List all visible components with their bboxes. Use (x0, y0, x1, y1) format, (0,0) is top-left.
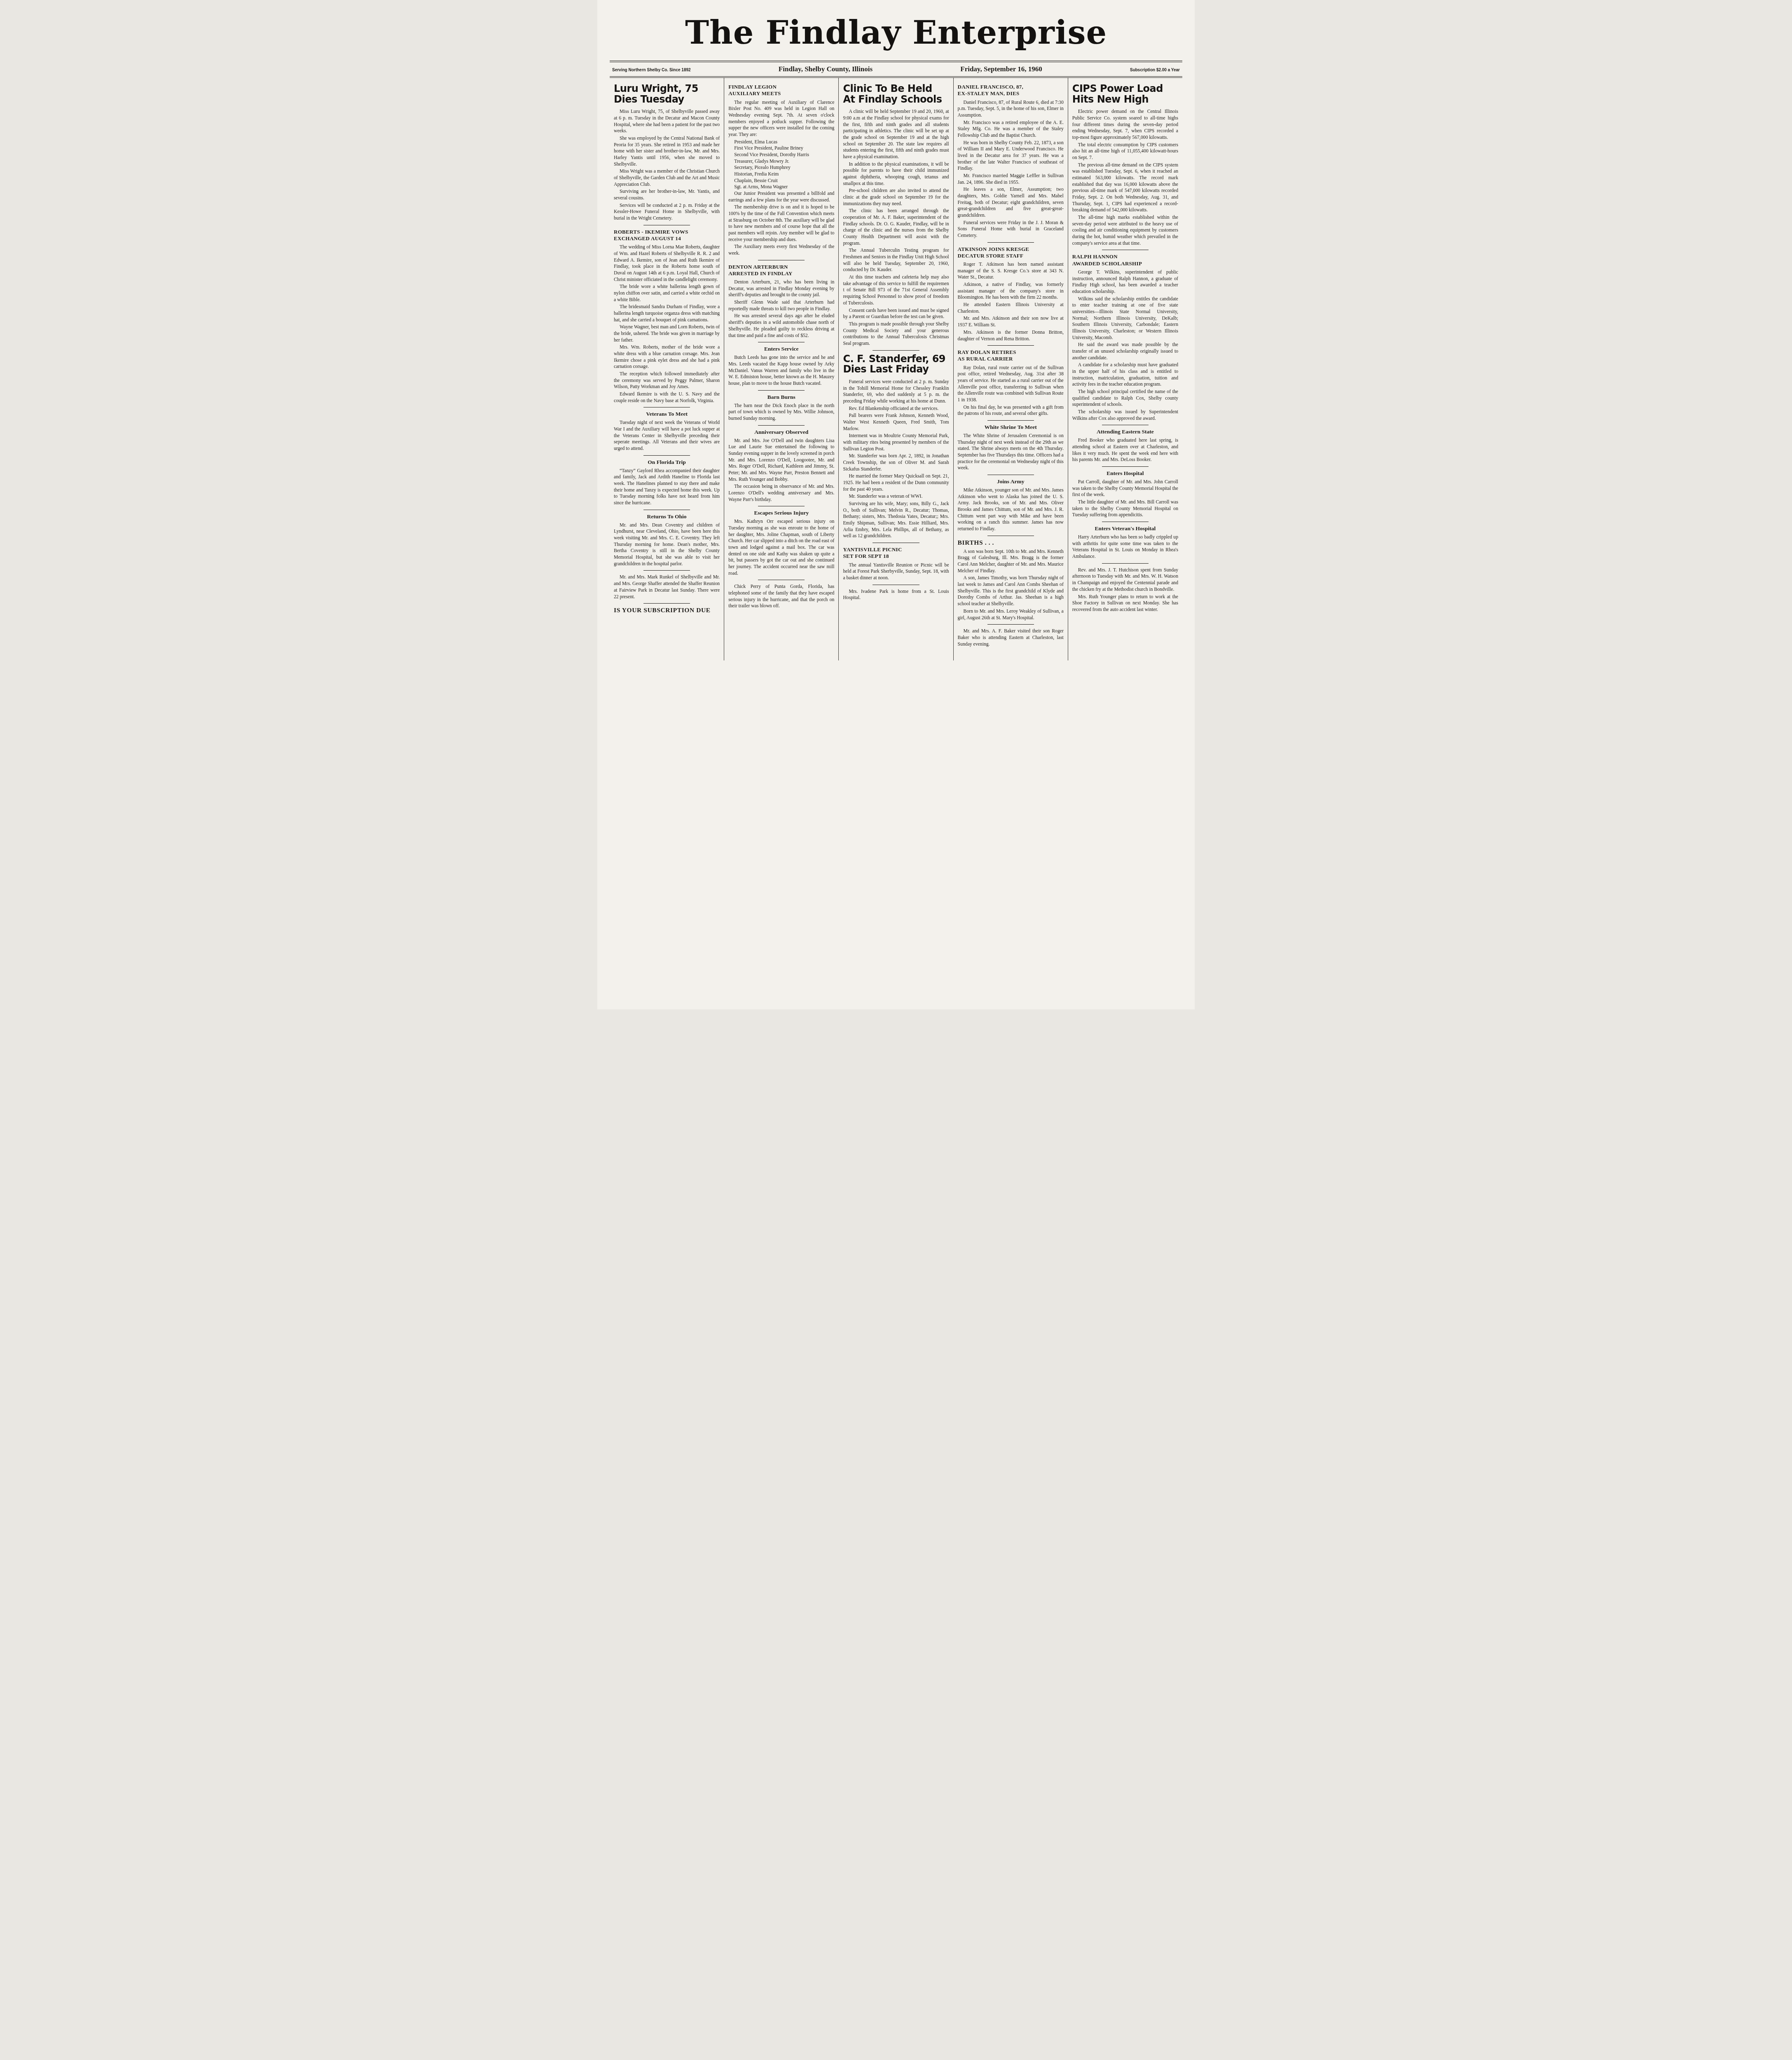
article-paragraph: A candidate for a scholarship must have … (1072, 362, 1178, 388)
article-headline: White Shrine To Meet (958, 424, 1064, 431)
article-divider (1102, 563, 1149, 564)
article-paragraph: Butch Leeds has gone into the service an… (728, 354, 834, 386)
article-paragraph: Funeral services were Friday in the J. J… (958, 220, 1064, 239)
article-headline: Barn Burns (728, 394, 834, 400)
article-divider (1102, 522, 1149, 522)
article-paragraph: Wilkins said the scholarship entitles th… (1072, 296, 1178, 341)
article: On Florida Trip“Tanzy” Gaylord Rhea acco… (614, 459, 720, 506)
article-paragraph: The bridesmaid Sandra Durham of Findlay,… (614, 304, 720, 323)
article-divider (758, 390, 805, 391)
article-paragraph: Mrs. Atkinson is the former Donna Britto… (958, 329, 1064, 342)
article-paragraph: The all-time high marks established with… (1072, 214, 1178, 246)
article-divider (987, 345, 1034, 346)
article-paragraph: The Annual Tuberculin Testing program fo… (843, 247, 949, 273)
article: Joins ArmyMike Atkinson, younger son of … (958, 478, 1064, 532)
article-paragraph: In addition to the physical examinations… (843, 161, 949, 187)
article-headline: BIRTHS . . . (958, 539, 1064, 547)
article: Luru Wright, 75 Dies TuesdayMiss Luru Wr… (614, 84, 720, 222)
article: White Shrine To MeetThe White Shrine of … (958, 424, 1064, 471)
tagline: Serving Northern Shelby Co. Since 1892 (612, 68, 691, 73)
article-paragraph: The wedding of Miss Lorna Mae Roberts, d… (614, 244, 720, 283)
article-headline: Returns To Ohio (614, 513, 720, 520)
article-divider (643, 603, 690, 604)
article-paragraph: Daniel Francisco, 87, of Rural Route 6, … (958, 99, 1064, 119)
article-paragraph: Miss Wright was a member of the Christia… (614, 168, 720, 187)
article-paragraph: Denton Arterburn, 21, who has been livin… (728, 279, 834, 298)
article-paragraph: The clinic has been arranged through the… (843, 208, 949, 246)
article: Rev. and Mrs. J. T. Hutchison spent from… (1072, 567, 1178, 613)
article-paragraph: She was employed by the Central National… (614, 135, 720, 167)
article-paragraph: George T. Wilkins, superintendent of pub… (1072, 269, 1178, 295)
article: Veterans To MeetTuesday night of next we… (614, 411, 720, 452)
article-headline: ATKINSON JOINS KRESGE DECATUR STORE STAF… (958, 246, 1064, 260)
article-paragraph: Mrs. Ruth Younger plans to return to wor… (1072, 594, 1178, 613)
article: Clinic To Be Held At Findlay SchoolsA cl… (843, 84, 949, 347)
article-paragraph: The reception which followed immediately… (614, 371, 720, 390)
news-column-1: Luru Wright, 75 Dies TuesdayMiss Luru Wr… (610, 78, 724, 660)
article-paragraph: Mr. and Mrs. Dean Coventry and children … (614, 522, 720, 567)
article: DANIEL FRANCISCO, 87, EX-STALEY MAN, DIE… (958, 84, 1064, 239)
article-paragraph: Harry Arterburn who has been so badly cr… (1072, 534, 1178, 560)
article-headline: RALPH HANNON AWARDED SCHOLARSHIP (1072, 253, 1178, 267)
article-headline: DANIEL FRANCISCO, 87, EX-STALEY MAN, DIE… (958, 84, 1064, 97)
article-divider (873, 585, 919, 585)
article-headline: IS YOUR SUBSCRIPTION DUE (614, 607, 720, 614)
article-paragraph: Surviving are his wife, Mary; sons, Bill… (843, 501, 949, 539)
issue-date: Friday, September 16, 1960 (960, 65, 1042, 73)
location: Findlay, Shelby County, Illinois (779, 65, 873, 73)
article-divider (758, 506, 805, 506)
news-column-4: DANIEL FRANCISCO, 87, EX-STALEY MAN, DIE… (954, 78, 1068, 660)
article-divider (643, 407, 690, 407)
article: YANTISVILLE PICNIC SET FOR SEPT 18The an… (843, 546, 949, 581)
article: DENTON ARTERBURN ARRESTED IN FINDLAYDent… (728, 264, 834, 339)
article: Enters HospitalPat Carroll, daughter of … (1072, 470, 1178, 518)
article-headline: Attending Eastern State (1072, 428, 1178, 435)
article-paragraph: Our Junior President was presented a bil… (728, 190, 834, 203)
article-divider (873, 543, 919, 543)
article: Chick Perry of Punta Gorda, Florida, has… (728, 583, 834, 609)
article-paragraph: At this time teachers and cafeteria help… (843, 274, 949, 306)
article-paragraph: A clinic will be held September 19 and 2… (843, 108, 949, 160)
article-headline: Veterans To Meet (614, 411, 720, 417)
article-headline: Clinic To Be Held At Findlay Schools (843, 84, 949, 105)
article-divider (758, 425, 805, 426)
article-paragraph: The little daughter of Mr. and Mrs. Bill… (1072, 499, 1178, 518)
article-paragraph: The bride wore a white ballerina length … (614, 283, 720, 303)
article-divider (758, 260, 805, 260)
article-divider (987, 242, 1034, 243)
article-paragraph: Sheriff Glenn Wade said that Arterburn h… (728, 299, 834, 312)
article-divider (643, 225, 690, 225)
article-headline: On Florida Trip (614, 459, 720, 466)
article: Returns To OhioMr. and Mrs. Dean Coventr… (614, 513, 720, 567)
article-paragraph: The regular meeting of Auxiliary of Clar… (728, 99, 834, 138)
article-headline: YANTISVILLE PICNIC SET FOR SEPT 18 (843, 546, 949, 560)
article-headline: Enters Hospital (1072, 470, 1178, 477)
article: BIRTHS . . .A son was born Sept. 10th to… (958, 539, 1064, 621)
article-headline: Enters Service (728, 346, 834, 352)
article-paragraph: Fred Booker who graduated here last spri… (1072, 437, 1178, 463)
article-paragraph: The membership drive is on and it is hop… (728, 204, 834, 243)
article: C. F. Standerfer, 69 Dies Last FridayFun… (843, 354, 949, 539)
article-divider (987, 624, 1034, 625)
news-column-5: CIPS Power Load Hits New HighElectric po… (1068, 78, 1182, 660)
article-paragraph: He attended Eastern Illinois University … (958, 302, 1064, 314)
officer-line: Sgt. at Arms, Mona Wagner (728, 184, 834, 190)
article-paragraph: Mike Atkinson, younger son of Mr. and Mr… (958, 487, 1064, 532)
article-paragraph: Services will be conducted at 2 p. m. Fr… (614, 202, 720, 222)
article-divider (1102, 425, 1149, 425)
news-column-3: Clinic To Be Held At Findlay SchoolsA cl… (839, 78, 953, 660)
article: Mr. and Mrs. Mark Runkel of Shelbyville … (614, 574, 720, 600)
article-paragraph: Electric power demand on the Central Ill… (1072, 108, 1178, 140)
article-paragraph: The scholarship was issued by Superinten… (1072, 409, 1178, 421)
article-paragraph: Pall bearers were Frank Johnson, Kenneth… (843, 412, 949, 432)
article-paragraph: The Auxiliary meets every first Wednesda… (728, 243, 834, 256)
article: Escapes Serious InjuryMrs. Kathryn Orr e… (728, 510, 834, 576)
article-headline: CIPS Power Load Hits New High (1072, 84, 1178, 105)
article-divider (987, 420, 1034, 421)
article-paragraph: The annual Yantisville Reunion or Picnic… (843, 562, 949, 581)
article-paragraph: Mr. Standerfer was born Apr. 2, 1892, in… (843, 453, 949, 472)
article-headline: ROBERTS - IKEMIRE VOWS EXCHANGED AUGUST … (614, 229, 720, 242)
article-paragraph: Funeral services were conducted at 2 p. … (843, 379, 949, 405)
article-paragraph: On his final day, he was presented with … (958, 404, 1064, 417)
subscription-price: Subscription $2.00 a Year (1130, 68, 1180, 73)
article-paragraph: He married the former Mary Quicksall on … (843, 473, 949, 492)
article-paragraph: Wayne Wagner, best man and Lorn Roberts,… (614, 324, 720, 343)
article-headline: FINDLAY LEGION AUXILIARY MEETS (728, 84, 834, 97)
article-paragraph: He said the award was made possible by t… (1072, 342, 1178, 361)
article-headline: Anniversary Observed (728, 429, 834, 435)
article-paragraph: “Tanzy” Gaylord Rhea accompanied their d… (614, 468, 720, 506)
article-paragraph: The occasion being in observance of Mr. … (728, 483, 834, 503)
article-paragraph: He leaves a son, Elmer, Assumption; two … (958, 186, 1064, 218)
article-headline: Joins Army (958, 478, 1064, 485)
article-headline: RAY DOLAN RETIRES AS RURAL CARRIER (958, 349, 1064, 363)
article-paragraph: Mrs. Ivadene Park is home from a St. Lou… (843, 588, 949, 601)
article: ROBERTS - IKEMIRE VOWS EXCHANGED AUGUST … (614, 229, 720, 404)
article: Enters ServiceButch Leeds has gone into … (728, 346, 834, 386)
officer-line: Secretary, Picealo Humphrey (728, 164, 834, 171)
article-paragraph: The total electric consumption by CIPS c… (1072, 142, 1178, 161)
article: Enters Veteran's HospitalHarry Arterburn… (1072, 525, 1178, 560)
article-divider (643, 455, 690, 456)
article-paragraph: Mr. and Mrs. A. F. Baker visited their s… (958, 628, 1064, 647)
officer-line: First Vice President, Pauline Briney (728, 145, 834, 152)
article: ATKINSON JOINS KRESGE DECATUR STORE STAF… (958, 246, 1064, 342)
officer-line: Historian, Fredia Keim (728, 171, 834, 178)
officer-line: President, Elma Lucas (728, 139, 834, 145)
article-paragraph: Rev. Ed Blankenship officiated at the se… (843, 405, 949, 412)
article-paragraph: Ray Dolan, rural route carrier out of th… (958, 365, 1064, 403)
article-paragraph: Pat Carroll, daughter of Mr. and Mrs. Jo… (1072, 479, 1178, 498)
article: Barn BurnsThe barn near the Dick Enoch p… (728, 394, 834, 422)
article-paragraph: Mr. and Mrs. Joe O'Dell and twin daughte… (728, 438, 834, 483)
article-divider (758, 342, 805, 342)
article-paragraph: He was born in Shelby County Feb. 22, 18… (958, 140, 1064, 172)
article: Attending Eastern StateFred Booker who g… (1072, 428, 1178, 463)
article-paragraph: A son was born Sept. 10th to Mr. and Mrs… (958, 548, 1064, 574)
article-paragraph: Edward Ikemire is with the U. S. Navy an… (614, 391, 720, 404)
article: CIPS Power Load Hits New HighElectric po… (1072, 84, 1178, 246)
article-paragraph: Born to Mr. and Mrs. Leroy Weakley of Su… (958, 608, 1064, 621)
dateline: Serving Northern Shelby Co. Since 1892 F… (610, 61, 1182, 78)
article-divider (1102, 250, 1149, 250)
article-divider (643, 570, 690, 571)
officer-line: Treasurer, Gladys Mowry Jr. (728, 158, 834, 165)
article-divider (987, 536, 1034, 536)
article: RALPH HANNON AWARDED SCHOLARSHIPGeorge T… (1072, 253, 1178, 421)
newspaper-title: The Findlay Enterprise (610, 14, 1182, 51)
article-paragraph: The White Shrine of Jerusalem Ceremonial… (958, 433, 1064, 471)
article-paragraph: The barn near the Dick Enoch place in th… (728, 403, 834, 422)
article-divider (1102, 466, 1149, 467)
article-paragraph: Mrs. Wm. Roberts, mother of the bride wo… (614, 344, 720, 370)
article-paragraph: This program is made possible through yo… (843, 321, 949, 347)
news-column-2: FINDLAY LEGION AUXILIARY MEETSThe regula… (724, 78, 839, 660)
article-paragraph: Interment was in Moultrie County Memoria… (843, 433, 949, 452)
article-paragraph: Surviving are her brother-in-law, Mr. Ya… (614, 188, 720, 201)
article-headline: C. F. Standerfer, 69 Dies Last Friday (843, 354, 949, 375)
article-paragraph: A son, James Timothy, was born Thursday … (958, 575, 1064, 607)
article-paragraph: Mr. and Mrs. Atkinson and their son now … (958, 315, 1064, 328)
article-paragraph: Tuesday night of next week the Veterans … (614, 419, 720, 452)
article-headline: Escapes Serious Injury (728, 510, 834, 516)
article-paragraph: Roger T. Atkinson has been named assista… (958, 261, 1064, 281)
columns: Luru Wright, 75 Dies TuesdayMiss Luru Wr… (610, 78, 1182, 660)
article: Mr. and Mrs. A. F. Baker visited their s… (958, 628, 1064, 647)
article-paragraph: Pre-school children are also invited to … (843, 187, 949, 207)
article-paragraph: Mrs. Kathryn Orr escaped serious injury … (728, 518, 834, 576)
article-headline: Enters Veteran's Hospital (1072, 525, 1178, 532)
article-paragraph: Mr. Francisco married Maggie Leffler in … (958, 173, 1064, 185)
officer-line: Chaplain, Bessie Cruit (728, 178, 834, 184)
article-headline: Luru Wright, 75 Dies Tuesday (614, 84, 720, 105)
article-divider (758, 580, 805, 580)
article-paragraph: Chick Perry of Punta Gorda, Florida, has… (728, 583, 834, 609)
newspaper-page: The Findlay Enterprise Serving Northern … (597, 0, 1195, 1009)
article: RAY DOLAN RETIRES AS RURAL CARRIERRay Do… (958, 349, 1064, 417)
article: IS YOUR SUBSCRIPTION DUE (614, 607, 720, 614)
masthead: The Findlay Enterprise (610, 10, 1182, 54)
article-paragraph: He was arrested several days ago after h… (728, 313, 834, 339)
article-paragraph: Mr. Standerfer was a veteran of WWI. (843, 493, 949, 500)
article-paragraph: Atkinson, a native of Findlay, was forme… (958, 281, 1064, 301)
article-headline: DENTON ARTERBURN ARRESTED IN FINDLAY (728, 264, 834, 277)
officer-line: Second Vice President, Dorothy Harris (728, 152, 834, 158)
article: Anniversary ObservedMr. and Mrs. Joe O'D… (728, 429, 834, 503)
article-divider (643, 510, 690, 510)
article-paragraph: Miss Luru Wright, 75, of Shelbyville pas… (614, 108, 720, 134)
article-divider (987, 475, 1034, 475)
article-paragraph: The previous all-time demand on the CIPS… (1072, 162, 1178, 213)
article-paragraph: Mr. and Mrs. Mark Runkel of Shelbyville … (614, 574, 720, 600)
article: Mrs. Ivadene Park is home from a St. Lou… (843, 588, 949, 601)
article-paragraph: Rev. and Mrs. J. T. Hutchison spent from… (1072, 567, 1178, 593)
article-paragraph: Consent cards have been issued and must … (843, 307, 949, 320)
article-divider (873, 350, 919, 351)
article-paragraph: Mr. Francisco was a retired employee of … (958, 119, 1064, 139)
article: FINDLAY LEGION AUXILIARY MEETSThe regula… (728, 84, 834, 257)
article-paragraph: The high school principal certified the … (1072, 389, 1178, 408)
